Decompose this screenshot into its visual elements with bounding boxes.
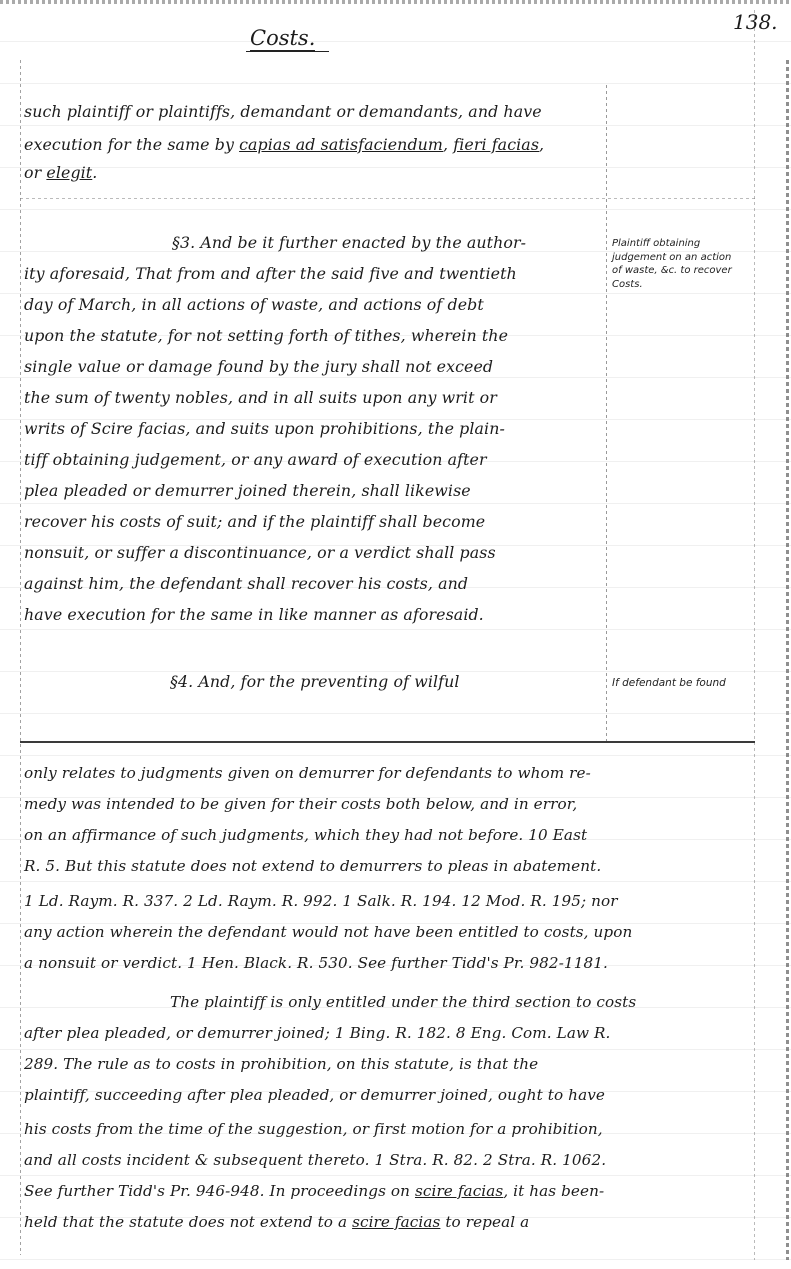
- commentary-line: and all costs incident & subsequent ther…: [24, 1151, 606, 1169]
- marginal-note: Plaintiff obtaining: [612, 238, 700, 249]
- commentary-line: plaintiff, succeeding after plea pleaded…: [24, 1086, 605, 1104]
- text-line: the sum of twenty nobles, and in all sui…: [24, 388, 497, 407]
- manuscript-page: Costs. 138. such plaintiff or plaintiffs…: [0, 0, 791, 1269]
- text-line: single value or damage found by the jury…: [24, 357, 493, 376]
- text-line: ity aforesaid, That from and after the s…: [24, 264, 517, 283]
- commentary-line: a nonsuit or verdict. 1 Hen. Black. R. 5…: [24, 954, 608, 972]
- latin-term: elegit: [46, 163, 92, 182]
- citation-line: 1 Ld. Raym. R. 337. 2 Ld. Raym. R. 992. …: [24, 892, 618, 910]
- latin-term: capias ad satisfaciendum: [239, 135, 443, 154]
- text-line: such plaintiff or plaintiffs, demandant …: [24, 102, 542, 121]
- text-line: plea pleaded or demurrer joined therein,…: [24, 481, 471, 500]
- scan-top-edge: [0, 0, 791, 4]
- text-line: recover his costs of suit; and if the pl…: [24, 512, 485, 531]
- section-4-heading-line: §4. And, for the preventing of wilful: [170, 672, 460, 691]
- paragraph-separator: [20, 198, 755, 199]
- section-3-heading-line: §3. And be it further enacted by the aut…: [172, 233, 526, 252]
- marginal-note-divider: [606, 85, 607, 745]
- text-line: nonsuit, or suffer a discontinuance, or …: [24, 543, 496, 562]
- text-line: execution for the same by capias ad sati…: [24, 135, 544, 154]
- section-divider: [20, 741, 755, 743]
- commentary-line: 289. The rule as to costs in prohibition…: [24, 1055, 538, 1073]
- text-line: tiff obtaining judgement, or any award o…: [24, 450, 487, 469]
- page-number: 138.: [733, 10, 778, 34]
- latin-term: fieri facias: [453, 135, 539, 154]
- marginal-note: Costs.: [612, 279, 643, 290]
- commentary-line: any action wherein the defendant would n…: [24, 923, 632, 941]
- text-line: upon the statute, for not setting forth …: [24, 326, 508, 345]
- commentary-line: only relates to judgments given on demur…: [24, 764, 591, 782]
- text-line: against him, the defendant shall recover…: [24, 574, 468, 593]
- commentary-line: held that the statute does not extend to…: [24, 1213, 529, 1231]
- scan-right-edge: [786, 60, 789, 1260]
- marginal-note: judgement on an action: [612, 252, 731, 263]
- text-line: or elegit.: [24, 163, 97, 182]
- text-line: day of March, in all actions of waste, a…: [24, 295, 484, 314]
- marginal-note: If defendant be found: [612, 677, 726, 689]
- text-line: writs of Scire facias, and suits upon pr…: [24, 419, 505, 438]
- commentary-line: The plaintiff is only entitled under the…: [170, 993, 636, 1011]
- marginal-note: of waste, &c. to recover: [612, 265, 732, 276]
- commentary-line: on an affirmance of such judgments, whic…: [24, 826, 587, 844]
- latin-term: scire facias: [415, 1182, 503, 1200]
- latin-term: scire facias: [352, 1213, 440, 1231]
- left-margin-rule: [20, 60, 21, 1255]
- commentary-line: his costs from the time of the suggestio…: [24, 1120, 603, 1138]
- text-line: have execution for the same in like mann…: [24, 605, 484, 624]
- page-title: Costs.: [246, 26, 329, 52]
- commentary-line: medy was intended to be given for their …: [24, 795, 577, 813]
- commentary-line: after plea pleaded, or demurrer joined; …: [24, 1024, 610, 1042]
- commentary-line: See further Tidd's Pr. 946-948. In proce…: [24, 1182, 604, 1200]
- commentary-line: R. 5. But this statute does not extend t…: [24, 857, 601, 875]
